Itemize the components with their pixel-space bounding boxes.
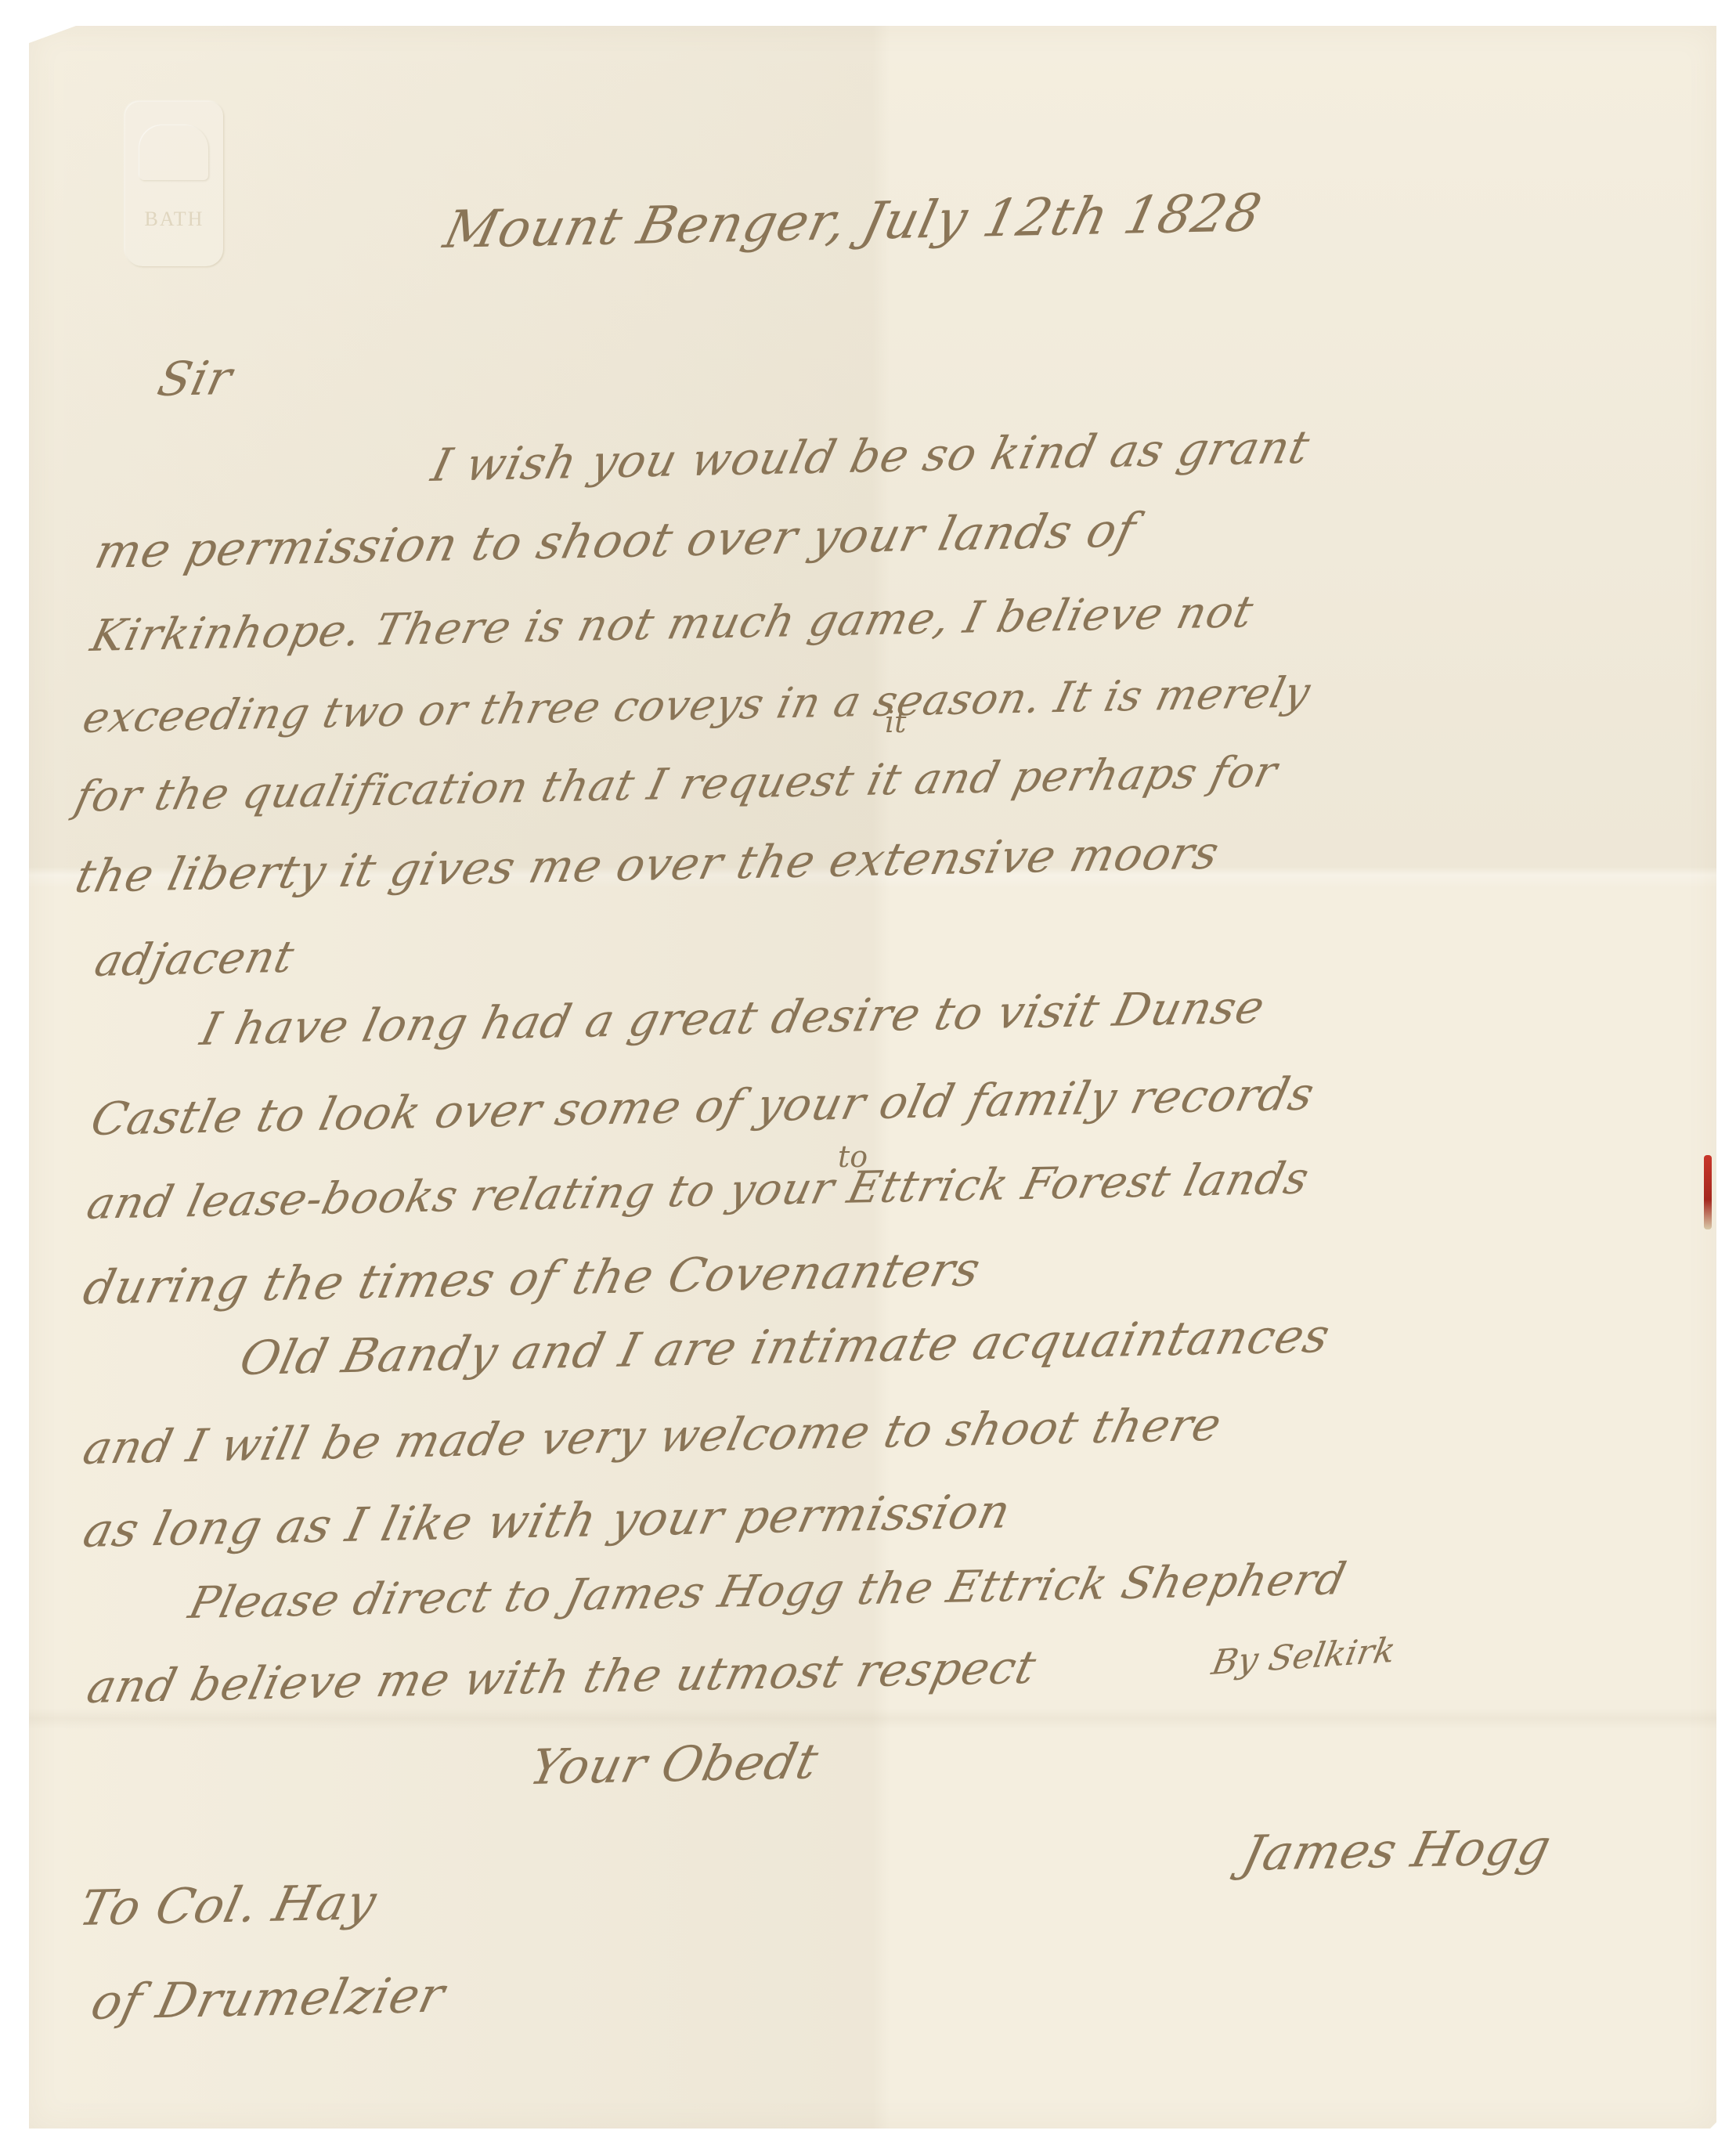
salutation: Sir	[153, 351, 237, 407]
wax-seal-remnant	[1704, 1155, 1712, 1229]
signature: James Hogg	[1237, 1818, 1557, 1882]
embossed-stationer-stamp: BATH	[125, 102, 223, 266]
insertion-it: it	[885, 705, 906, 739]
closing: Your Obedt	[525, 1732, 824, 1796]
addressee-line-1: To Col. Hay	[74, 1873, 382, 1937]
addressee-line-2: of Drumelzier	[86, 1966, 450, 2031]
crown-emboss-icon	[139, 125, 208, 180]
heading-date: July 12th 1828	[857, 182, 1267, 251]
emboss-label: BATH	[125, 208, 223, 231]
body-line-7: adjacent	[90, 932, 299, 987]
heading-place: Mount Benger,	[439, 191, 854, 260]
